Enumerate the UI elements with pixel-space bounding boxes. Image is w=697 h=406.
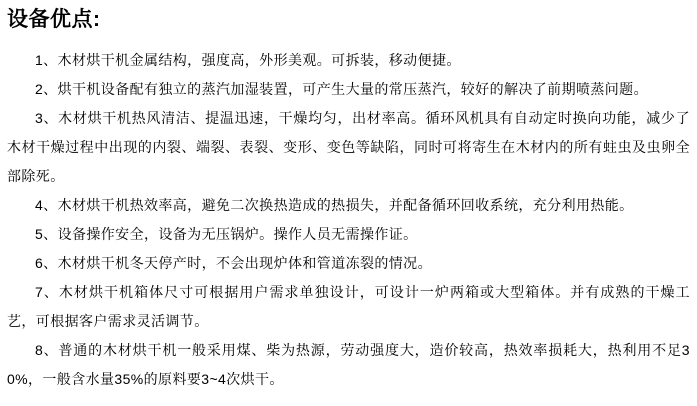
advantage-paragraph-3: 3、木材烘干机热风清洁、提温迅速，干燥均匀，出材率高。循环风机具有自动定时换向功… [7,104,690,191]
advantage-paragraph-7: 7、木材烘干机箱体尺寸可根据用户需求单独设计，可设计一炉两箱或大型箱体。并有成熟… [7,278,690,336]
advantage-paragraph-4: 4、木材烘干机热效率高，避免二次换热造成的热损失，并配备循环回收系统，充分利用热… [7,191,690,220]
advantage-paragraph-1: 1、木材烘干机金属结构，强度高，外形美观。可拆装，移动便捷。 [7,46,690,75]
equipment-advantages-document: 设备优点: 1、木材烘干机金属结构，强度高，外形美观。可拆装，移动便捷。 2、烘… [0,0,697,406]
advantage-paragraph-2: 2、烘干机设备配有独立的蒸汽加湿装置，可产生大量的常压蒸汽，较好的解决了前期喷蒸… [7,75,690,104]
advantage-paragraph-5: 5、设备操作安全，设备为无压锅炉。操作人员无需操作证。 [7,220,690,249]
advantage-paragraph-8: 8、普通的木材烘干机一般采用煤、柴为热源，劳动强度大，造价较高，热效率损耗大，热… [7,336,690,394]
advantage-paragraph-6: 6、木材烘干机冬天停产时，不会出现炉体和管道冻裂的情况。 [7,249,690,278]
section-title: 设备优点: [7,8,690,32]
